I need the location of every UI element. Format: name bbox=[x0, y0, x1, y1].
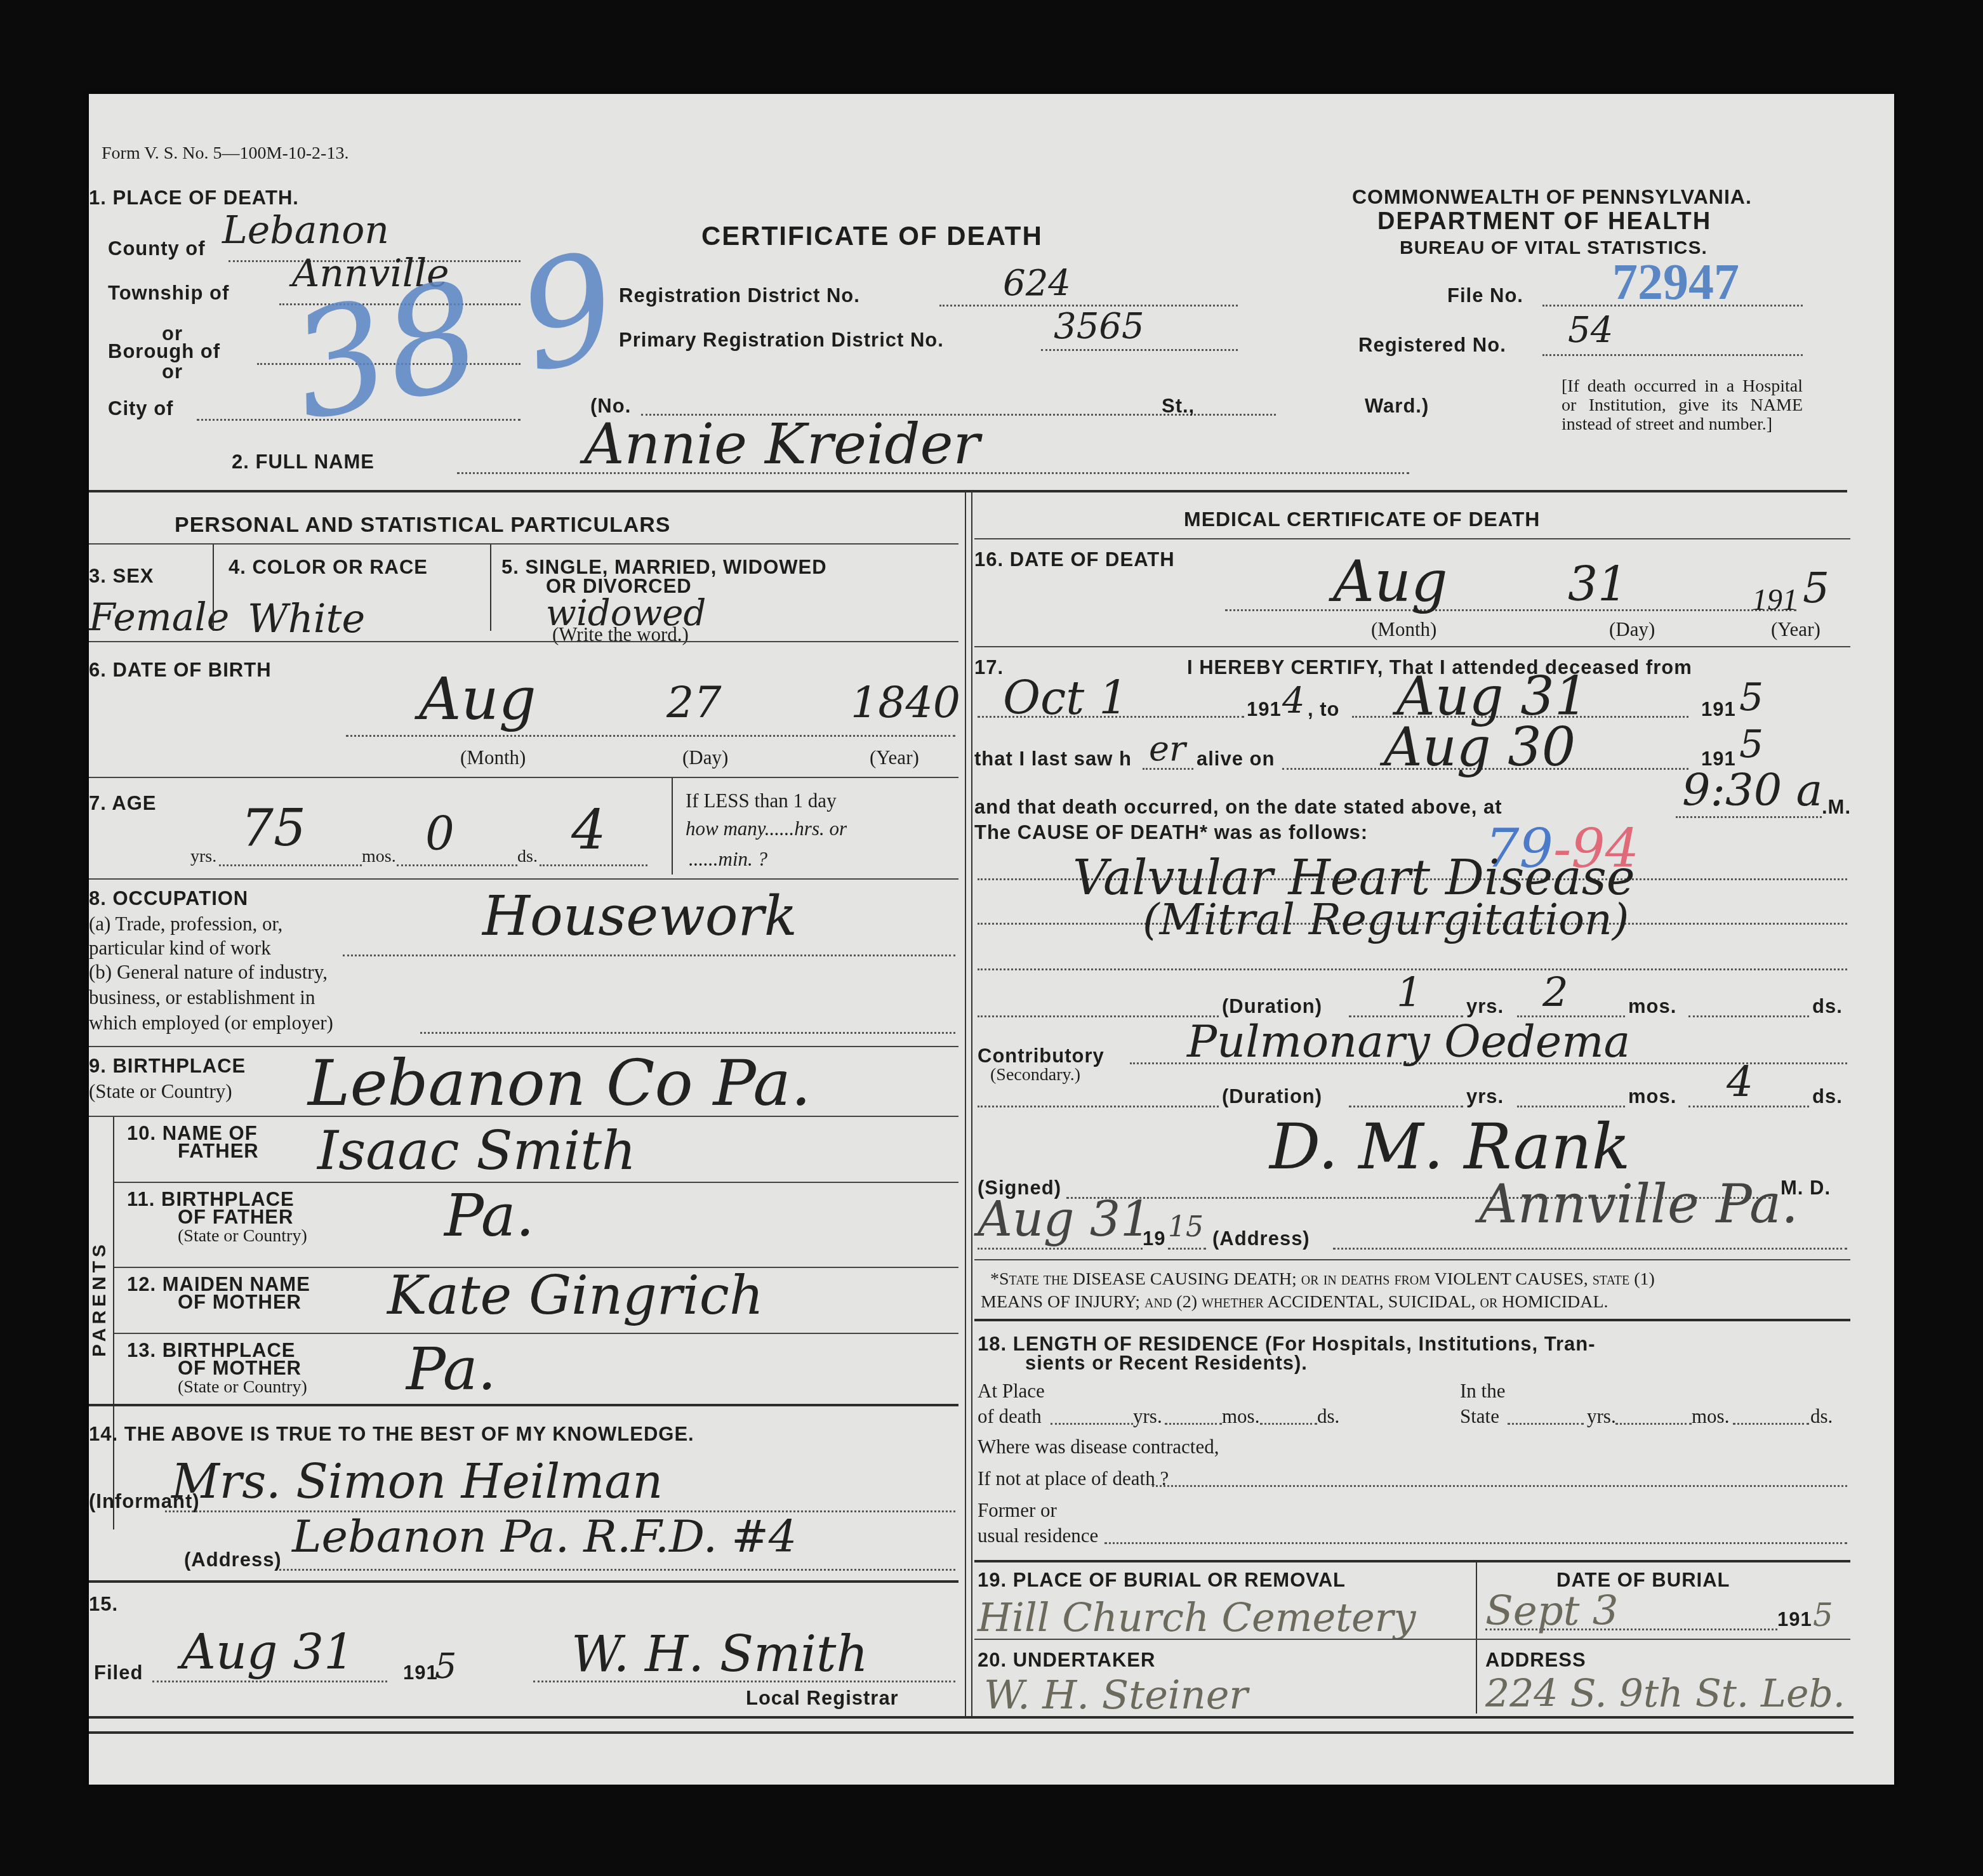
file-no-label: File No. bbox=[1447, 284, 1523, 307]
less-than-day-note: If LESS than 1 day bbox=[686, 789, 837, 812]
death-time-suffix: .M. bbox=[1822, 796, 1851, 819]
race-label: 4. COLOR OR RACE bbox=[229, 556, 428, 579]
signed-date: Aug 31 bbox=[978, 1191, 1151, 1247]
sex-value: Female bbox=[89, 595, 229, 640]
registered-no-label: Registered No. bbox=[1358, 334, 1506, 357]
signed-year-suffix: 15 bbox=[1168, 1211, 1204, 1243]
occupation-a-label: (a) Trade, profession, or, bbox=[89, 913, 282, 935]
burial-place-value: Hill Church Cemetery bbox=[978, 1594, 1416, 1641]
attended-from-year-suffix: 4 bbox=[1282, 680, 1305, 722]
burial-place-label: 19. PLACE OF BURIAL OR REMOVAL bbox=[978, 1569, 1346, 1592]
attended-to-year-prefix: 191 bbox=[1701, 698, 1736, 721]
contributory-value: Pulmonary Oedema bbox=[1187, 1015, 1630, 1067]
dod-label: 16. DATE OF DEATH bbox=[974, 548, 1175, 571]
death-time-value: 9:30 a bbox=[1682, 764, 1822, 816]
cause-duration-months: 2 bbox=[1542, 970, 1568, 1017]
or-label: or bbox=[162, 360, 183, 383]
month-caption: (Month) bbox=[460, 746, 526, 769]
mother-birthplace-label: (State or Country) bbox=[178, 1377, 307, 1397]
filed-date: Aug 31 bbox=[181, 1623, 354, 1680]
day-caption: (Day) bbox=[682, 746, 728, 769]
cause-duration-years: 1 bbox=[1396, 970, 1423, 1017]
dob-day: 27 bbox=[667, 678, 722, 728]
informant-address-value: Lebanon Pa. R.F.D. #4 bbox=[292, 1510, 797, 1562]
county-label: County of bbox=[108, 237, 206, 260]
primary-district-value: 3565 bbox=[1054, 306, 1144, 347]
occupation-b-label: business, or establishment in bbox=[89, 986, 315, 1009]
former-residence-label: Former or bbox=[978, 1499, 1057, 1522]
certify-number: 17. bbox=[974, 656, 1004, 679]
certificate-title: CERTIFICATE OF DEATH bbox=[701, 221, 1043, 251]
parents-vertical-label: PARENTS bbox=[89, 1241, 110, 1357]
ds-label: ds. bbox=[1812, 1085, 1843, 1108]
duration-label: (Duration) bbox=[1222, 1085, 1322, 1108]
full-name-value: Annie Kreider bbox=[584, 411, 980, 477]
township-label: Township of bbox=[108, 282, 229, 305]
physician-address-label: (Address) bbox=[1212, 1227, 1310, 1250]
place-of-death-heading: 1. PLACE OF DEATH. bbox=[89, 187, 299, 209]
city-label: City of bbox=[108, 397, 173, 420]
footnote-line-2: MEANS OF INJURY; and (2) whether ACCIDEN… bbox=[981, 1292, 1608, 1312]
ds-label: ds. bbox=[517, 847, 538, 867]
registered-no-value: 54 bbox=[1568, 310, 1613, 351]
in-state-label: In the bbox=[1460, 1380, 1505, 1403]
yrs-label: yrs. bbox=[1466, 995, 1504, 1018]
death-time-label: and that death occurred, on the date sta… bbox=[974, 796, 1502, 819]
marital-hint: (Write the word.) bbox=[552, 623, 689, 646]
yrs-label: yrs. bbox=[190, 847, 216, 867]
last-saw-pronoun: er bbox=[1149, 729, 1186, 769]
attended-to-year-suffix: 5 bbox=[1739, 675, 1763, 720]
contrib-duration-days: 4 bbox=[1727, 1057, 1753, 1106]
hospital-note: [If death occurred in a Hospital or Inst… bbox=[1562, 377, 1803, 434]
dod-year-suffix: 5 bbox=[1803, 564, 1829, 612]
issuer-line-1: COMMONWEALTH OF PENNSYLVANIA. bbox=[1352, 185, 1752, 209]
medical-section-title: MEDICAL CERTIFICATE OF DEATH bbox=[1184, 508, 1540, 531]
last-saw-year-suffix: 5 bbox=[1739, 722, 1763, 767]
undertaker-address-label: ADDRESS bbox=[1485, 1649, 1586, 1672]
father-birthplace-value: Pa. bbox=[444, 1182, 534, 1250]
filed-year-suffix: 5 bbox=[435, 1646, 456, 1686]
borough-label: Borough of bbox=[108, 340, 220, 363]
registration-district-label: Registration District No. bbox=[619, 284, 860, 307]
day-caption: (Day) bbox=[1609, 618, 1655, 641]
mother-name-label: OF MOTHER bbox=[178, 1291, 302, 1314]
in-state-label: State bbox=[1460, 1405, 1499, 1428]
mos-label: mos. bbox=[1692, 1405, 1729, 1428]
registration-district-value: 624 bbox=[1003, 263, 1071, 304]
personal-section-title: PERSONAL AND STATISTICAL PARTICULARS bbox=[175, 513, 671, 538]
ward-label: Ward.) bbox=[1365, 395, 1429, 418]
last-saw-date: Aug 30 bbox=[1384, 716, 1575, 778]
dob-label: 6. DATE OF BIRTH bbox=[89, 659, 272, 682]
ds-label: ds. bbox=[1317, 1405, 1339, 1428]
occupation-label: 8. OCCUPATION bbox=[89, 887, 248, 910]
last-saw-label: that I last saw h bbox=[974, 748, 1132, 770]
local-registrar-label: Local Registrar bbox=[746, 1687, 899, 1710]
registrar-signature: W. H. Smith bbox=[571, 1626, 868, 1683]
yrs-label: yrs. bbox=[1466, 1085, 1504, 1108]
dod-day: 31 bbox=[1568, 557, 1628, 612]
filed-section-number: 15. bbox=[89, 1593, 118, 1616]
street-label: St., bbox=[1162, 395, 1195, 418]
ds-label: ds. bbox=[1810, 1405, 1833, 1428]
primary-district-label: Primary Registration District No. bbox=[619, 329, 944, 352]
filed-year-prefix: 191 bbox=[403, 1661, 438, 1684]
month-caption: (Month) bbox=[1371, 618, 1436, 641]
mother-name-value: Kate Gingrich bbox=[387, 1264, 764, 1326]
yrs-label: yrs. bbox=[1133, 1405, 1162, 1428]
burial-date-value: Sept 3 bbox=[1485, 1588, 1618, 1635]
attended-from-year-prefix: 191 bbox=[1247, 698, 1282, 721]
age-months: 0 bbox=[425, 807, 454, 861]
occupation-a-label: particular kind of work bbox=[89, 937, 271, 960]
mother-birthplace-value: Pa. bbox=[406, 1335, 496, 1403]
age-label: 7. AGE bbox=[89, 792, 157, 815]
father-birthplace-label: OF FATHER bbox=[178, 1206, 293, 1229]
to-label: , to bbox=[1308, 698, 1340, 721]
footnote-line-1: *State the DISEASE CAUSING DEATH; or in … bbox=[990, 1269, 1655, 1290]
occupation-b-label: (b) General nature of industry, bbox=[89, 961, 328, 984]
knowledge-label: 14. THE ABOVE IS TRUE TO THE BEST OF MY … bbox=[89, 1423, 694, 1446]
mother-birthplace-label: OF MOTHER bbox=[178, 1357, 302, 1380]
year-caption: (Year) bbox=[1771, 618, 1821, 641]
father-name-label: FATHER bbox=[178, 1140, 259, 1163]
cause-label: The CAUSE OF DEATH* was as follows: bbox=[974, 821, 1368, 844]
alive-on-label: alive on bbox=[1197, 748, 1275, 770]
father-name-value: Isaac Smith bbox=[317, 1120, 636, 1182]
birthplace-label: 9. BIRTHPLACE bbox=[89, 1055, 246, 1078]
dob-month: Aug bbox=[419, 665, 536, 733]
full-name-label: 2. FULL NAME bbox=[232, 451, 375, 473]
signed-year-prefix: 19 bbox=[1143, 1227, 1165, 1250]
mos-label: mos. bbox=[1222, 1405, 1259, 1428]
duration-label: (Duration) bbox=[1222, 995, 1322, 1018]
mos-label: mos. bbox=[1628, 1085, 1676, 1108]
physician-address-value: Annville Pa. bbox=[1479, 1173, 1798, 1235]
less-than-day-note: how many......hrs. or bbox=[686, 817, 847, 840]
issuer-line-2: DEPARTMENT OF HEALTH bbox=[1377, 208, 1711, 235]
attended-from-date: Oct 1 bbox=[1003, 671, 1128, 725]
race-value: White bbox=[248, 595, 365, 642]
file-no-value: 72947 bbox=[1612, 254, 1739, 312]
informant-address-label: (Address) bbox=[184, 1549, 282, 1571]
undertaker-address-value: 224 S. 9th St. Leb. bbox=[1485, 1672, 1845, 1716]
ds-label: ds. bbox=[1812, 995, 1843, 1018]
birthplace-value: Lebanon Co Pa. bbox=[308, 1046, 811, 1120]
county-value: Lebanon bbox=[222, 208, 389, 253]
birthplace-sublabel: (State or Country) bbox=[89, 1080, 232, 1103]
cause-line-2: (Mitral Regurgitation) bbox=[1143, 895, 1629, 945]
contributory-label: Contributory bbox=[978, 1045, 1104, 1067]
contracted-label: If not at place of death ? bbox=[978, 1467, 1169, 1490]
form-number: Form V. S. No. 5—100M-10-2-13. bbox=[102, 143, 348, 164]
death-certificate: Form V. S. No. 5—100M-10-2-13. 1. PLACE … bbox=[89, 94, 1894, 1785]
occupation-b-label: which employed (or employer) bbox=[89, 1012, 333, 1034]
burial-year-suffix: 5 bbox=[1813, 1597, 1833, 1634]
undertaker-value: W. H. Steiner bbox=[984, 1672, 1248, 1718]
burial-year-prefix: 191 bbox=[1777, 1608, 1812, 1631]
mos-label: mos. bbox=[1628, 995, 1676, 1018]
year-caption: (Year) bbox=[870, 746, 919, 769]
former-residence-label: usual residence bbox=[978, 1524, 1098, 1547]
occupation-a-value: Housework bbox=[482, 885, 797, 948]
filed-label: Filed bbox=[94, 1661, 143, 1684]
dod-year-prefix: 191 bbox=[1752, 583, 1798, 618]
age-years: 75 bbox=[241, 798, 306, 857]
yrs-label: yrs. bbox=[1587, 1405, 1616, 1428]
contracted-label: Where was disease contracted, bbox=[978, 1436, 1219, 1458]
sex-label: 3. SEX bbox=[89, 565, 154, 588]
at-place-label: At Place bbox=[978, 1380, 1045, 1403]
father-birthplace-label: (State or Country) bbox=[178, 1226, 307, 1246]
less-than-day-note: ......min. ? bbox=[689, 848, 767, 871]
undertaker-label: 20. UNDERTAKER bbox=[978, 1649, 1155, 1672]
dob-year: 1840 bbox=[851, 678, 960, 728]
mos-label: mos. bbox=[362, 847, 396, 867]
contributory-sublabel: (Secondary.) bbox=[990, 1065, 1080, 1085]
at-place-label: of death bbox=[978, 1405, 1042, 1428]
dod-month: Aug bbox=[1333, 548, 1448, 615]
residence-label-cont: sients or Recent Residents). bbox=[1025, 1352, 1308, 1375]
informant-value: Mrs. Simon Heilman bbox=[171, 1455, 663, 1509]
age-days: 4 bbox=[571, 798, 606, 862]
